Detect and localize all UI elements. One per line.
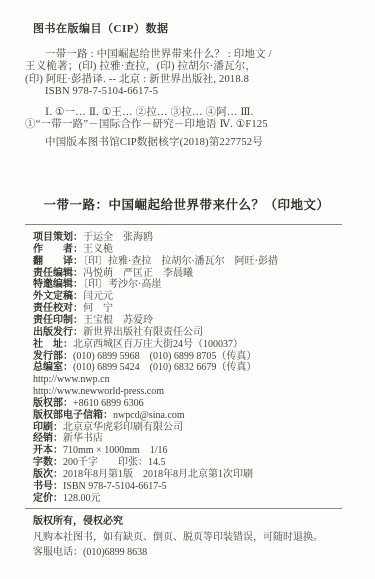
cip-class-line: ①“一带一路”－国际合作－研究－印地语 Ⅳ. ①F125: [25, 119, 340, 131]
row-value: http://www.newworld-press.com: [33, 386, 164, 397]
row-value: 闫元元: [83, 291, 113, 302]
row-label: 发行部：: [33, 351, 73, 362]
colophon-row: 项目策划：于运全 张海鸥: [33, 232, 340, 244]
row-label: 字数：: [33, 457, 63, 468]
row-value: 新华书店: [63, 433, 103, 444]
colophon-row: 书号：ISBN 978-7-5104-6617-5: [33, 481, 340, 493]
colophon-row: http://www.newworld-press.com: [33, 386, 340, 398]
row-label: 项目策划：: [33, 232, 83, 243]
colophon-row: 定价：128.00元: [33, 493, 340, 505]
row-value: 2018年8月第1版 2018年8月北京第1次印刷: [63, 469, 253, 480]
row-value: 何 宁: [83, 303, 113, 314]
service-phone-line: 客服电话：(010)6899 8638: [33, 545, 340, 561]
colophon-row: 开本：710mm × 1000mm 1/16: [33, 445, 340, 457]
cip-heading: 图书在版编目（CIP）数据: [33, 23, 340, 36]
cip-record-line: 王义桅著；(印) 拉雅·查拉，(印) 拉胡尔·潘瓦尔，: [25, 61, 340, 73]
row-label: 印刷：: [33, 422, 63, 433]
colophon-row: 责任编辑：冯悦萌 严匡正 李晨曦: [33, 268, 340, 280]
colophon-row: 总编室：(010) 6899 5424 (010) 6832 6679（传真）: [33, 362, 340, 374]
row-label: 书号：: [33, 481, 63, 492]
row-value: 北京京华虎彩印刷有限公司: [63, 422, 183, 433]
colophon-row: 版权部：+8610 6899 6306: [33, 398, 340, 410]
row-value: 王宝根 苏爱玲: [83, 315, 153, 326]
row-label: 总编室：: [33, 362, 73, 373]
book-title: 一带一路：中国崛起给世界带来什么？（印地文）: [33, 197, 340, 213]
row-value: http://www.nwp.cn: [33, 374, 110, 385]
cip-classification-block: Ⅰ. ①一… Ⅱ. ①王… ②拉… ③拉… ④阿… Ⅲ.①“一带一路”－国际合作…: [25, 107, 340, 132]
row-label: 社 址：: [33, 339, 73, 350]
row-value: nwpcd@sina.com: [113, 410, 185, 421]
row-value: 710mm × 1000mm 1/16: [63, 445, 168, 456]
cip-record-line: 一带一路 : 中国崛起给世界带来什么？ : 印地文 /: [25, 49, 340, 61]
row-value: ISBN 978-7-5104-6617-5: [63, 481, 167, 492]
row-value: 〔印〕考沙尔·高崖: [83, 279, 161, 290]
row-label: 开本：: [33, 445, 63, 456]
row-label: 版次：: [33, 469, 63, 480]
row-label: 翻 译：: [33, 256, 83, 267]
row-label: 责任编辑：: [33, 268, 83, 279]
row-value: (010) 6899 5424 (010) 6832 6679（传真）: [73, 362, 256, 373]
colophon-row: 版权部电子信箱：nwpcd@sina.com: [33, 410, 340, 422]
colophon-row: 责任印制：王宝根 苏爱玲: [33, 315, 340, 327]
colophon-row: 经销：新华书店: [33, 433, 340, 445]
colophon-row: 特邀编辑：〔印〕考沙尔·高崖: [33, 279, 340, 291]
cip-record-line: ISBN 978-7-5104-6617-5: [25, 86, 340, 98]
row-label: 作 者：: [33, 244, 83, 255]
row-label: 责任印制：: [33, 315, 83, 326]
row-label: 版权部：: [33, 398, 73, 409]
row-label: 定价：: [33, 493, 63, 504]
copyright-page: 图书在版编目（CIP）数据 一带一路 : 中国崛起给世界带来什么？ : 印地文 …: [0, 0, 375, 579]
row-value: 200千字 印张：14.5: [63, 457, 166, 468]
row-value: 新世界出版社有限责任公司: [83, 327, 203, 338]
row-label: 外文定稿：: [33, 291, 83, 302]
colophon-row: 责任校对：何 宁: [33, 303, 340, 315]
cip-class-line: Ⅰ. ①一… Ⅱ. ①王… ②拉… ③拉… ④阿… Ⅲ.: [25, 107, 340, 119]
divider-top: [25, 224, 342, 225]
colophon-list: 项目策划：于运全 张海鸥作 者：王义桅翻 译：〔印〕拉雅·查拉 拉胡尔·潘瓦尔 …: [33, 232, 340, 504]
colophon-row: 字数：200千字 印张：14.5: [33, 457, 340, 469]
copyright-notice: 版权所有，侵权必究 凡购本社图书，如有缺页、倒页、脱页等印装错误，可随时退换。 …: [33, 514, 340, 561]
row-value: 〔印〕拉雅·查拉 拉胡尔·潘瓦尔 阿旺·彭措: [83, 256, 278, 267]
divider-bottom: [25, 508, 342, 509]
row-value: 于运全 张海鸥: [83, 232, 153, 243]
colophon-row: 出版发行：新世界出版社有限责任公司: [33, 327, 340, 339]
notice-title: 版权所有，侵权必究: [33, 514, 340, 530]
colophon-row: 外文定稿：闫元元: [33, 291, 340, 303]
colophon-row: 翻 译：〔印〕拉雅·查拉 拉胡尔·潘瓦尔 阿旺·彭措: [33, 256, 340, 268]
colophon-row: 印刷：北京京华虎彩印刷有限公司: [33, 422, 340, 434]
colophon-row: http://www.nwp.cn: [33, 374, 340, 386]
row-label: 版权部电子信箱：: [33, 410, 113, 421]
row-value: 王义桅: [83, 244, 113, 255]
cip-registry-number: 中国版本图书馆CIP数据核字(2018)第227752号: [45, 137, 340, 149]
notice-return-policy: 凡购本社图书，如有缺页、倒页、脱页等印装错误，可随时退换。: [33, 530, 340, 546]
row-label: 经销：: [33, 433, 63, 444]
row-value: +8610 6899 6306: [73, 398, 144, 409]
row-label: 特邀编辑：: [33, 279, 83, 290]
colophon-row: 作 者：王义桅: [33, 244, 340, 256]
colophon-row: 版次：2018年8月第1版 2018年8月北京第1次印刷: [33, 469, 340, 481]
cip-record-line: (印) 阿旺·彭措译. -- 北京 : 新世界出版社, 2018.8: [25, 74, 340, 86]
colophon-row: 社 址：北京西城区百万庄大街24号（100037）: [33, 339, 340, 351]
row-value: 北京西城区百万庄大街24号（100037）: [73, 339, 243, 350]
row-value: 128.00元: [63, 493, 101, 504]
cip-record-block: 一带一路 : 中国崛起给世界带来什么？ : 印地文 /王义桅著；(印) 拉雅·查…: [25, 49, 340, 98]
row-label: 出版发行：: [33, 327, 83, 338]
row-value: (010) 6899 5968 (010) 6899 8705（传真）: [73, 351, 256, 362]
colophon-row: 发行部：(010) 6899 5968 (010) 6899 8705（传真）: [33, 351, 340, 363]
row-value: 冯悦萌 严匡正 李晨曦: [83, 268, 193, 279]
row-label: 责任校对：: [33, 303, 83, 314]
